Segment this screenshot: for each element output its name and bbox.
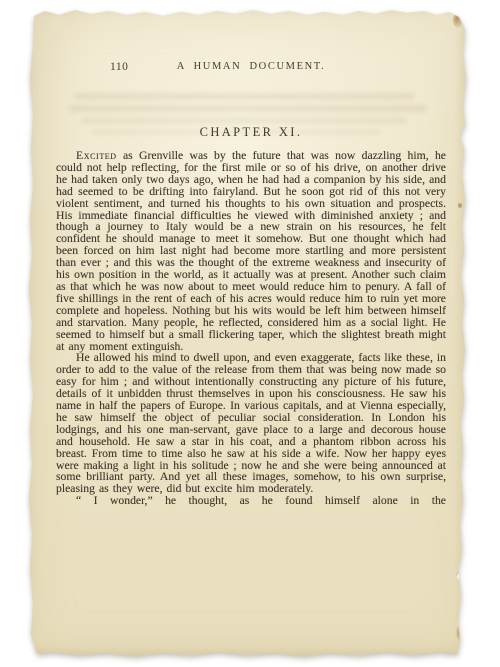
paragraph: Excited as Grenville was by the future t… bbox=[56, 150, 446, 352]
paper-sheet: 110 A HUMAN DOCUMENT. CHAPTER XI. Excite… bbox=[29, 9, 466, 656]
foxing-spot bbox=[458, 203, 462, 208]
show-through-line bbox=[75, 93, 415, 100]
show-through-line bbox=[81, 117, 407, 124]
paragraph-text: as Grenville was by the future that was … bbox=[56, 149, 446, 353]
foxing-spot bbox=[453, 13, 463, 27]
show-through-line bbox=[69, 105, 427, 112]
paper-sheet-shadow: 110 A HUMAN DOCUMENT. CHAPTER XI. Excite… bbox=[29, 9, 466, 656]
body-text: Excited as Grenville was by the future t… bbox=[56, 150, 446, 507]
chapter-heading: CHAPTER XI. bbox=[56, 125, 446, 140]
paper-hole bbox=[456, 572, 462, 579]
foxing-spot bbox=[456, 626, 464, 640]
paragraph: “ I wonder,” he thought, as he found him… bbox=[56, 495, 446, 507]
page-header: 110 A HUMAN DOCUMENT. bbox=[56, 61, 446, 76]
paragraph: He allowed his mind to dwell upon, and e… bbox=[56, 352, 446, 495]
page-number: 110 bbox=[110, 61, 128, 73]
scanned-book-page: 110 A HUMAN DOCUMENT. CHAPTER XI. Excite… bbox=[0, 0, 500, 667]
